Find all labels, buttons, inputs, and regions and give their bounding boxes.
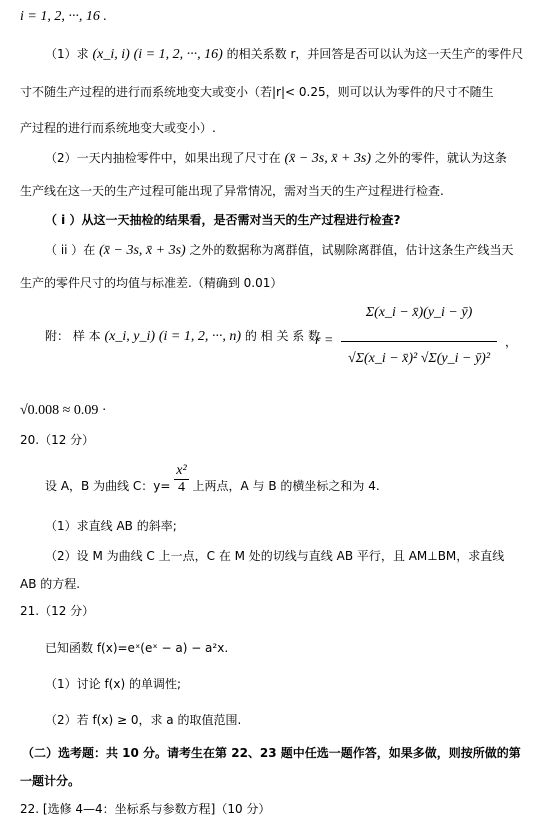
math-range: (i = 1, 2, ···, n) [159,329,241,344]
q20-part1: （1）求直线 AB 的斜率; [45,518,177,534]
math-interval: (x̄ − 3s, x̄ + 3s) [99,243,186,258]
sub-ii-text-a: （ ii ）在 [45,243,95,257]
q22-header: 22. [选修 4—4：坐标系与参数方程]（10 分） [20,801,270,817]
math-range: (i = 1, 2, ···, 16) [134,47,223,62]
elective-line2: 一题计分。 [20,773,80,789]
q20-stem: 设 A，B 为曲线 C：y= x² 4 上两点，A 与 B 的横坐标之和为 4. [45,477,380,496]
q19-part1-line2: 寸不随生产过程的进行而系统地变大或变小（若|r|< 0.25，则可以认为零件的尺… [20,84,494,100]
fraction-bar [341,341,497,342]
formula-comma: ， [505,333,517,350]
sub-ii-text-b: 之外的数据称为离群值，试剔除离群值，估计这条生产线当天 [190,243,514,257]
frac-den: 4 [174,480,188,496]
q19-part1-line1: （1）求 (x_i, i) (i = 1, 2, ···, 16) 的相关系数 … [45,46,523,63]
formula-lhs: r = [315,333,333,349]
fraction-x2-over-4: x² 4 [174,463,188,496]
q19-part2-text-a: （2）一天内抽检零件中，如果出现了尺寸在 [45,151,281,165]
math-pair: (x_i, i) [92,47,129,62]
q19-sub-ii-line2: 生产的零件尺寸的均值与标准差.（精确到 0.01） [20,275,282,291]
q19-part2-line1: （2）一天内抽检零件中，如果出现了尺寸在 (x̄ − 3s, x̄ + 3s) … [45,150,507,167]
q21-part1: （1）讨论 f(x) 的单调性; [45,676,181,692]
math-sqrt-approx: √0.008 ≈ 0.09 · [20,403,107,418]
math-interval: (x̄ − 3s, x̄ + 3s) [284,151,371,166]
q21-header: 21.（12 分） [20,603,94,619]
frac-num: x² [174,463,188,480]
q20-stem-b: 上两点，A 与 B 的横坐标之和为 4. [193,479,380,493]
elective-line1: （二）选考题：共 10 分。请考生在第 22、23 题中任选一题作答，如果多做，… [22,745,521,761]
q20-part2: （2）设 M 为曲线 C 上一点，C 在 M 处的切线与直线 AB 平行，且 A… [45,548,504,564]
formula-denominator: √Σ(x_i − x̄)² √Σ(y_i − ȳ)² [341,351,497,367]
q21-stem: 已知函数 f(x)=eˣ(eˣ − a) − a²x. [45,640,228,656]
q20-stem-a: 设 A，B 为曲线 C：y= [45,479,170,493]
appendix-line: 附： 样 本 (x_i, y_i) (i = 1, 2, ···, n) 的 相… [45,328,320,345]
q19-sub-ii-line1: （ ii ）在 (x̄ − 3s, x̄ + 3s) 之外的数据称为离群值，试剔… [45,242,514,259]
q20-header: 20.（12 分） [20,432,94,448]
sqrt-approx-line: √0.008 ≈ 0.09 · [20,402,107,419]
formula-numerator: Σ(x_i − x̄)(y_i − ȳ) [341,305,497,321]
q19-sub-i: （ i ）从这一天抽检的结果看，是否需对当天的生产过程进行检查? [45,212,400,228]
q19-part2-line2: 生产线在这一天的生产过程可能出现了异常情况，需对当天的生产过程进行检查. [20,183,444,199]
q20-part2-line2: AB 的方程. [20,576,80,592]
q19-part1-prefix: （1）求 [45,47,89,61]
math-index-range: i = 1, 2, ···, 16 . [20,9,107,24]
math-pair: (x_i, y_i) [104,329,155,344]
q19-part2-text-b: 之外的零件，就认为这条 [375,151,507,165]
q21-part2: （2）若 f(x) ≥ 0，求 a 的取值范围. [45,712,241,728]
q19-part1-text: 的相关系数 r，并回答是否可以认为这一天生产的零件尺 [227,47,524,61]
q19-part1-line3: 产过程的进行而系统地变大或变小）. [20,120,216,136]
appendix-text: 的 相 关 系 数 [245,329,320,343]
index-range-line: i = 1, 2, ···, 16 . [20,8,107,25]
appendix-label: 附： 样 本 [45,329,101,343]
